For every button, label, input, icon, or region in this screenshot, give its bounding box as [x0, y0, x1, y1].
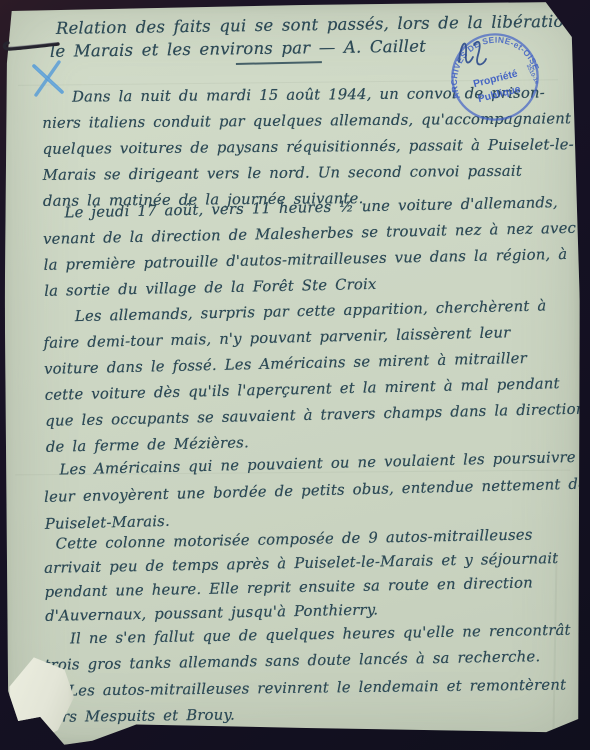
paragraph: Les autos-mitrailleuses revinrent le len… [44, 676, 567, 734]
title-underline [236, 61, 322, 65]
paragraph: Il ne s'en fallut que de quelques heures… [44, 622, 572, 683]
text-line: vers Mespuits et Brouy. [44, 702, 566, 734]
paper-clip [0, 34, 62, 58]
paragraph: Les allemands, surpris par cette apparit… [43, 297, 587, 465]
archive-photo-backdrop: Relation des faits qui se sont passés, l… [0, 0, 590, 750]
paragraph: Le jeudi 17 août, vers 11 heures ½ une v… [42, 194, 577, 309]
paragraph: Cette colonne motorisée composée de 9 au… [44, 526, 560, 632]
handwritten-mark [452, 34, 496, 74]
title-line: le Marais et les environs par — A. Caill… [50, 37, 426, 61]
blue-cross-mark [28, 58, 68, 98]
